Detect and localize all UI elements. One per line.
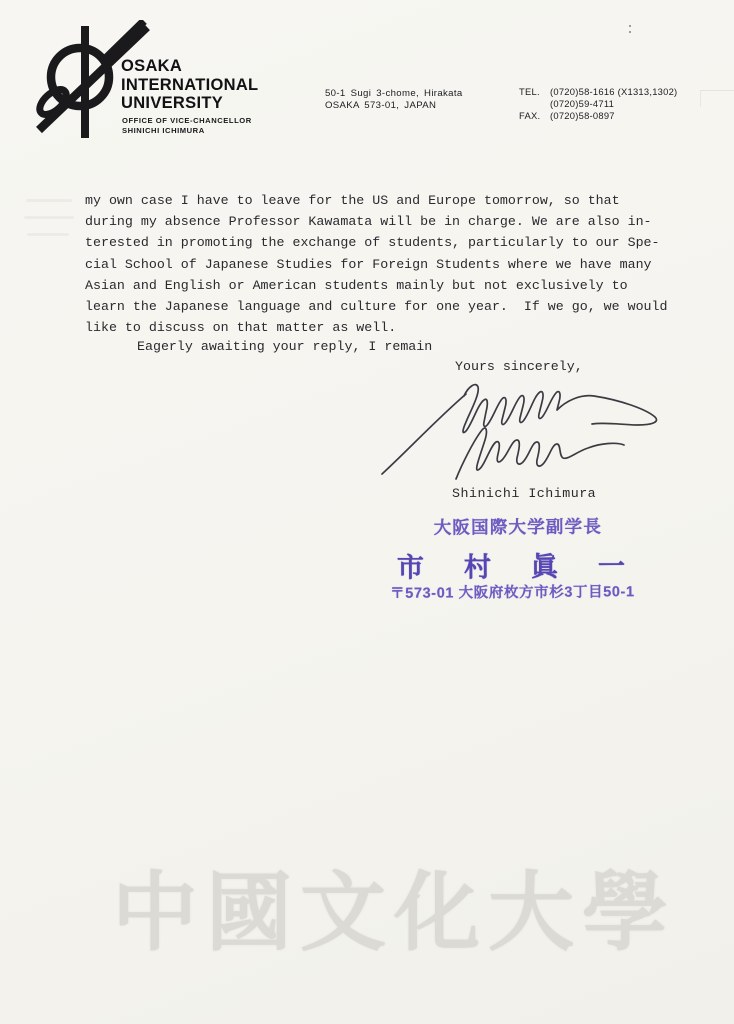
body-line: learn the Japanese language and culture … — [85, 296, 668, 317]
typed-signer-name: Shinichi Ichimura — [452, 486, 596, 501]
handwritten-signature-icon — [378, 378, 668, 488]
name-stamp: 大阪国際大学副学長 市村眞一 〒573-01 大阪府枚方市杉3丁目50-1 — [0, 0, 734, 3]
address-line: 50-1 Sugi 3-chome, Hirakata — [325, 88, 463, 100]
scan-artifact-streak — [26, 199, 72, 202]
valediction: Yours sincerely, — [455, 359, 583, 374]
body-line: cial School of Japanese Studies for Fore… — [85, 254, 668, 275]
university-name-line: OSAKA — [121, 57, 258, 76]
watermark-text: 中國文化大學 — [112, 843, 672, 967]
body-line: my own case I have to leave for the US a… — [85, 190, 668, 211]
university-name-line: UNIVERSITY — [121, 94, 258, 113]
tel-number-1: (0720)58-1616 (X1313,1302) — [550, 86, 677, 98]
closing-line: Eagerly awaiting your reply, I remain — [137, 339, 432, 354]
body-line: terested in promoting the exchange of st… — [85, 232, 668, 253]
body-line: Asian and English or American students m… — [85, 275, 668, 296]
tel-label-spacer — [519, 98, 546, 110]
tel-label: TEL. — [519, 86, 546, 98]
fax-label: FAX. — [519, 110, 546, 122]
office-line: SHINICHI ICHIMURA — [122, 126, 252, 136]
office-block: OFFICE OF VICE-CHANCELLOR SHINICHI ICHIM… — [122, 116, 252, 135]
stamp-title: 大阪国際大学副学長 — [434, 513, 602, 539]
scanned-letter-page: OSAKA INTERNATIONAL UNIVERSITY OFFICE OF… — [0, 0, 734, 1024]
fax-number: (0720)58-0897 — [550, 110, 677, 122]
stamp-address: 〒573-01 大阪府枚方市杉3丁目50-1 — [390, 580, 635, 603]
tel-number-2: (0720)59-4711 — [550, 98, 677, 110]
university-name: OSAKA INTERNATIONAL UNIVERSITY — [121, 57, 258, 113]
scan-artifact-streak — [27, 233, 69, 236]
letter-body: my own case I have to leave for the US a… — [85, 190, 668, 338]
university-name-line: INTERNATIONAL — [121, 76, 258, 95]
contact-block: TEL. (0720)58-1616 (X1313,1302) (0720)59… — [519, 86, 677, 123]
office-line: OFFICE OF VICE-CHANCELLOR — [122, 116, 252, 126]
address-line: OSAKA 573-01, JAPAN — [325, 100, 463, 112]
body-line: like to discuss on that matter as well. — [85, 317, 668, 338]
scan-artifact-edge — [700, 90, 734, 107]
scan-artifact-dots — [629, 25, 632, 35]
body-line: during my absence Professor Kawamata wil… — [85, 211, 668, 232]
address-block: 50-1 Sugi 3-chome, Hirakata OSAKA 573-01… — [325, 88, 463, 112]
stamp-name: 市村眞一 — [397, 544, 665, 585]
scan-artifact-streak — [24, 216, 74, 219]
